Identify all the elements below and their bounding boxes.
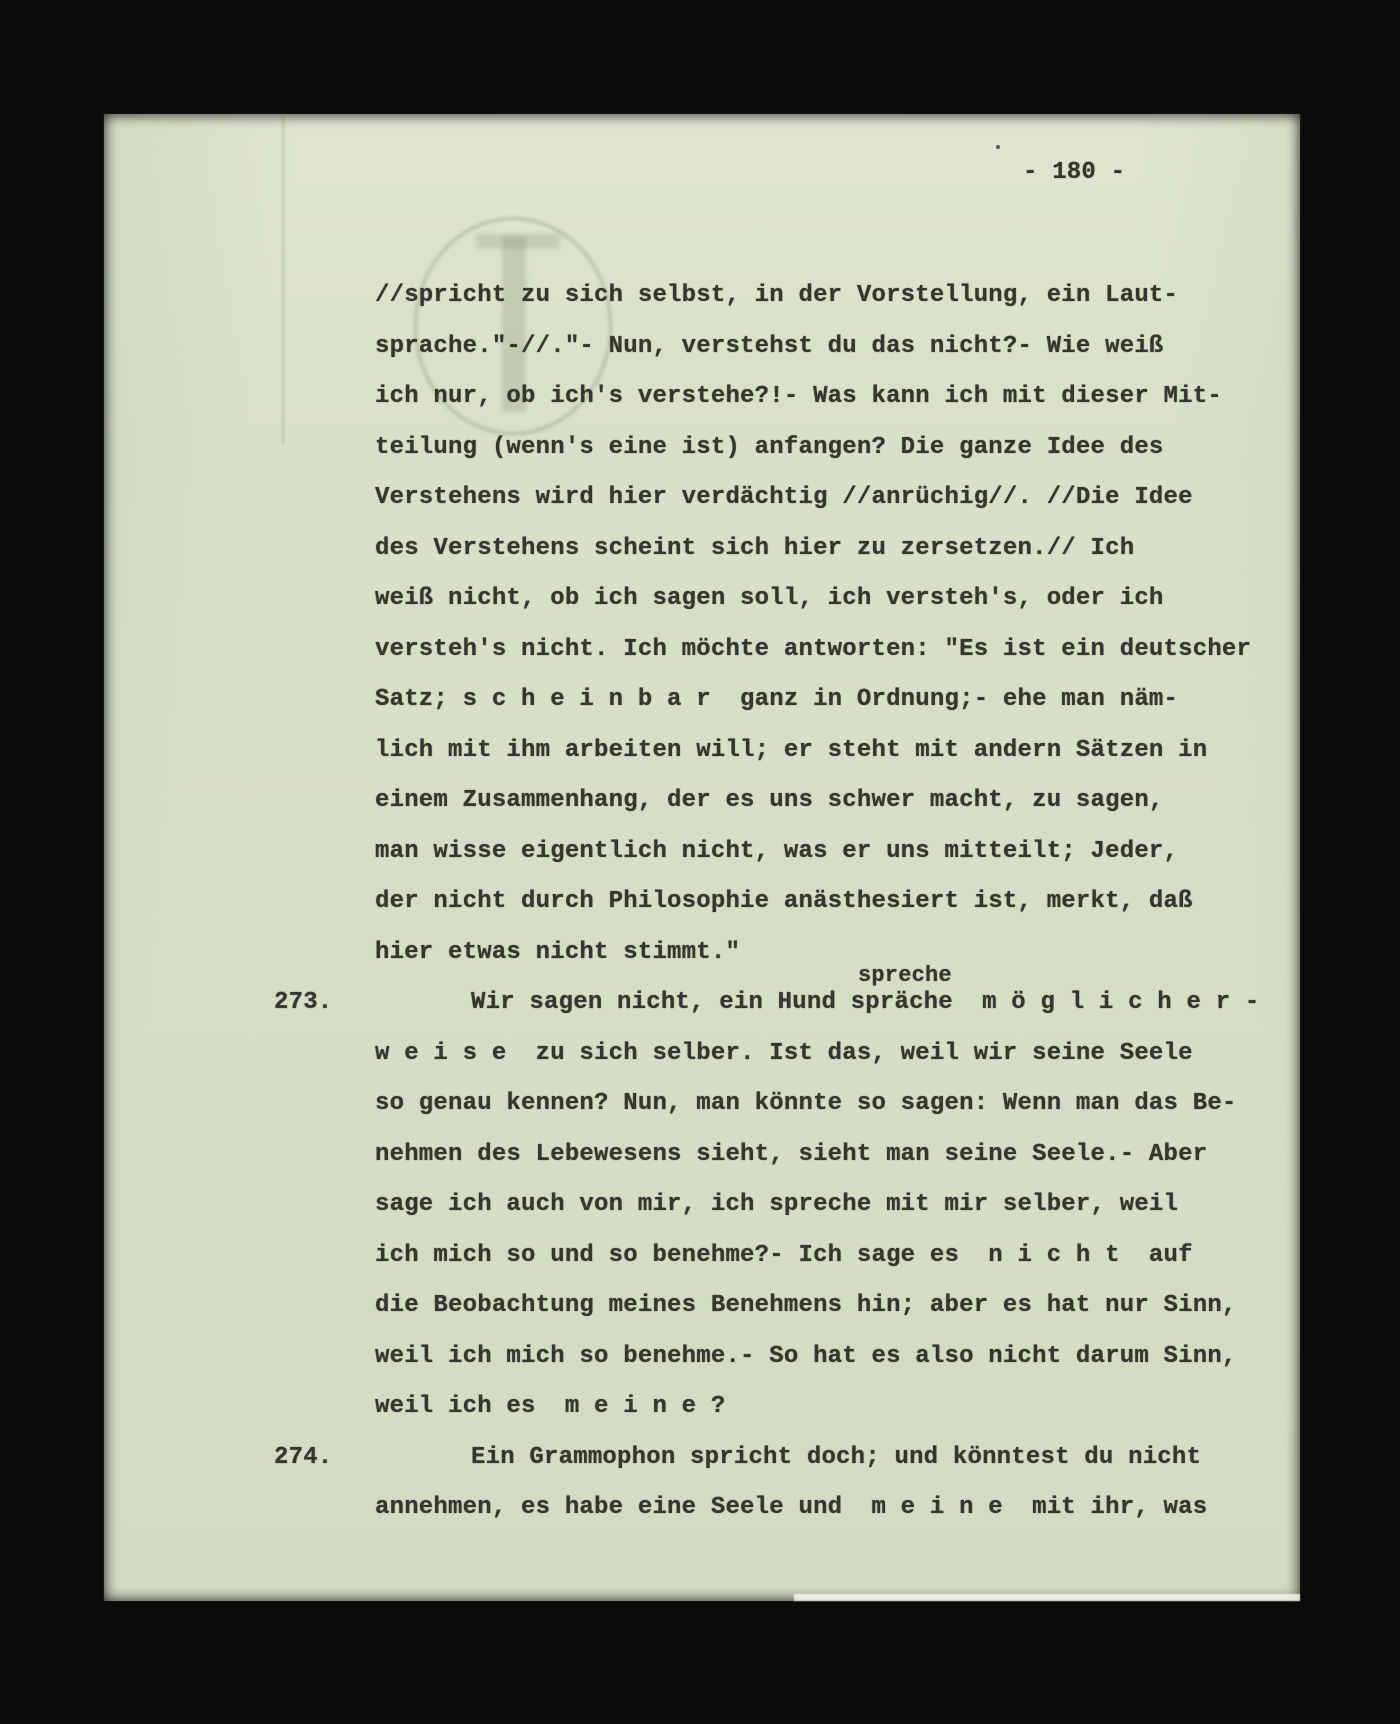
- remark-number: 274.: [274, 1443, 332, 1473]
- paper-page: - 180 - spreche //spricht zu sich selbst…: [104, 114, 1300, 1601]
- typescript-line: ich nur, ob ich's verstehe?!- Was kann i…: [375, 382, 1222, 412]
- paper-crease: [282, 114, 284, 444]
- typescript-line: sage ich auch von mir, ich spreche mit m…: [375, 1190, 1178, 1220]
- typescript-line: man wisse eigentlich nicht, was er uns m…: [375, 837, 1178, 867]
- typescript-line: annehmen, es habe eine Seele und m e i n…: [375, 1493, 1207, 1523]
- interlinear-insertion: spreche: [858, 961, 952, 991]
- typescript-line: die Beobachtung meines Benehmens hin; ab…: [375, 1291, 1237, 1321]
- typescript-line: ich mich so und so benehme?- Ich sage es…: [375, 1241, 1193, 1271]
- typescript-line: Wir sagen nicht, ein Hund spräche m ö g …: [375, 988, 1260, 1018]
- typescript-line: weiß nicht, ob ich sagen soll, ich verst…: [375, 584, 1164, 614]
- ink-speck: [996, 145, 1000, 149]
- typescript-line: hier etwas nicht stimmt.": [375, 938, 740, 968]
- remark-number: 273.: [274, 988, 332, 1018]
- typescript-line: sprache."-//."- Nun, verstehst du das ni…: [375, 332, 1164, 362]
- typescript-line: des Verstehens scheint sich hier zu zers…: [375, 534, 1134, 564]
- typescript-line: versteh's nicht. Ich möchte antworten: "…: [375, 635, 1251, 665]
- typescript-line: Ein Grammophon spricht doch; und könntes…: [375, 1443, 1201, 1473]
- typescript-line: lich mit ihm arbeiten will; er steht mit…: [375, 736, 1207, 766]
- typescript-line: teilung (wenn's eine ist) anfangen? Die …: [375, 433, 1164, 463]
- typescript-line: //spricht zu sich selbst, in der Vorstel…: [375, 281, 1178, 311]
- typescript-line: der nicht durch Philosophie anästhesiert…: [375, 887, 1193, 917]
- page-number: - 180 -: [1023, 158, 1125, 188]
- typescript-line: Satz; s c h e i n b a r ganz in Ordnung;…: [375, 685, 1178, 715]
- typescript-line: weil ich mich so benehme.- So hat es als…: [375, 1342, 1237, 1372]
- typescript-line: weil ich es m e i n e ?: [375, 1392, 725, 1422]
- typescript-line: einem Zusammenhang, der es uns schwer ma…: [375, 786, 1164, 816]
- typescript-line: nehmen des Lebewesens sieht, sieht man s…: [375, 1140, 1207, 1170]
- typescript-line: so genau kennen? Nun, man könnte so sage…: [375, 1089, 1237, 1119]
- paper-edge-highlight: [794, 1594, 1300, 1601]
- typescript-line: Verstehens wird hier verdächtig //anrüch…: [375, 483, 1193, 513]
- typescript-line: w e i s e zu sich selber. Ist das, weil …: [375, 1039, 1193, 1069]
